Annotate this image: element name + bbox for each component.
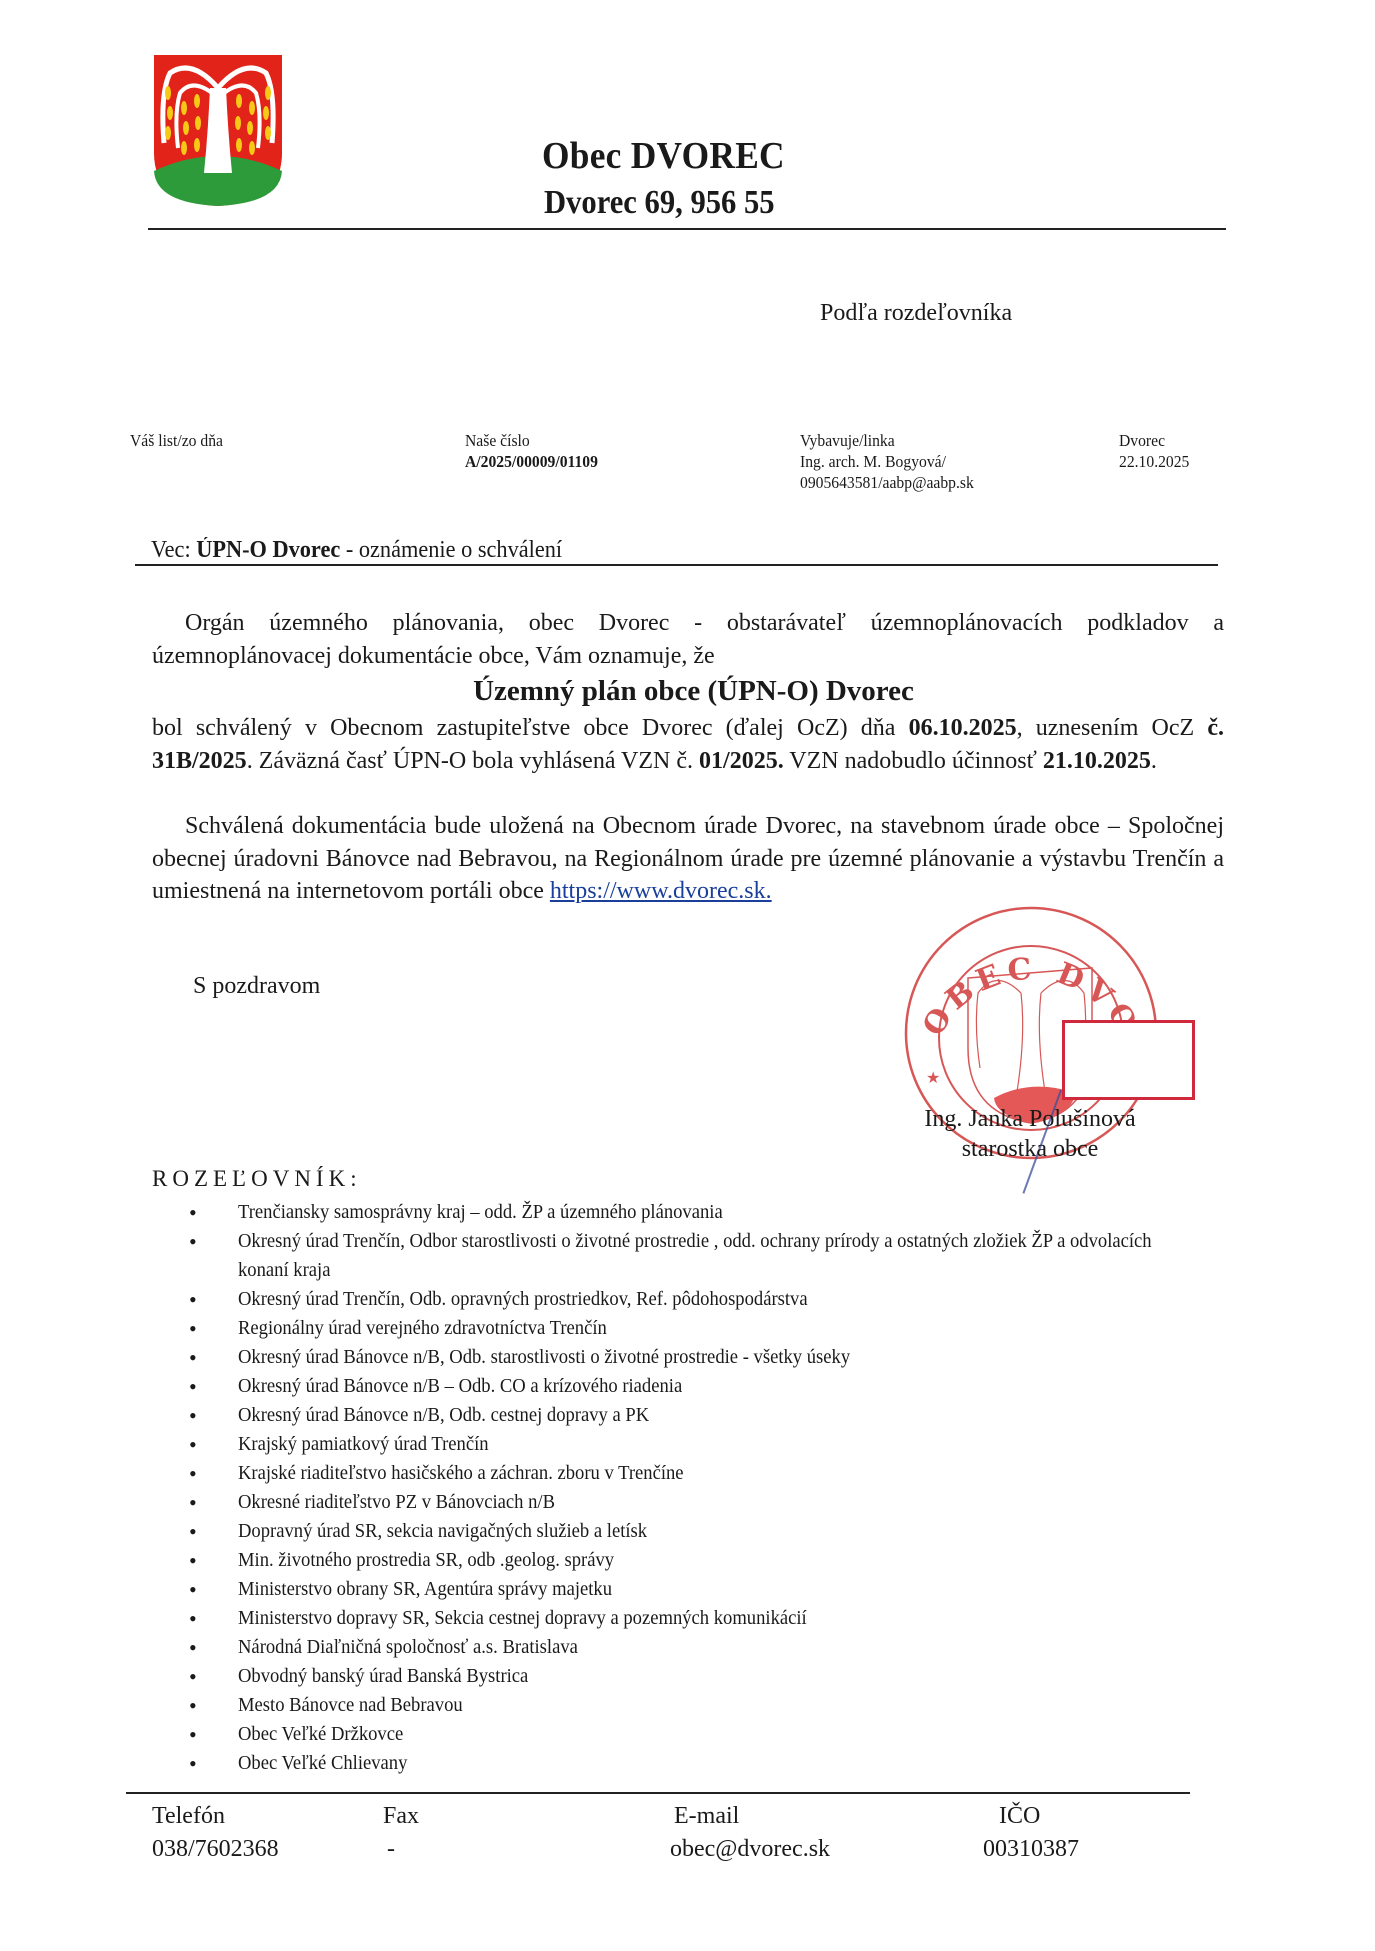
organization-address: Dvorec 69, 956 55: [544, 184, 775, 222]
signatory-title: starostka obce: [890, 1134, 1170, 1164]
ico-label: IČO: [983, 1800, 1079, 1833]
distribution-item: Dopravný úrad SR, sekcia navigačných slu…: [178, 1517, 1238, 1546]
email-label: E-mail: [670, 1800, 830, 1833]
subject-line: Vec: ÚPN-O Dvorec - oznámenie o schválen…: [151, 537, 562, 564]
distribution-item: Okresný úrad Bánovce n/B – Odb. CO a krí…: [178, 1372, 1238, 1401]
our-number: Naše číslo A/2025/00009/01109: [465, 430, 598, 472]
distribution-item-text: Okresný úrad Bánovce n/B, Odb. starostli…: [238, 1343, 850, 1372]
our-number-label: Naše číslo: [465, 430, 598, 451]
place: Dvorec: [1119, 430, 1189, 451]
distribution-list-title: ROZEĽOVNÍK:: [152, 1166, 362, 1192]
footer-phone: Telefón 038/7602368: [152, 1800, 279, 1866]
approval-date: 06.10.2025: [909, 715, 1017, 741]
distribution-item: Národná Diaľničná spoločnosť a.s. Bratis…: [178, 1633, 1238, 1662]
handled-by: Vybavuje/linka Ing. arch. M. Bogyová/ 09…: [800, 430, 974, 493]
your-letter-label: Váš list/zo dňa: [130, 430, 223, 451]
distribution-item: Obec Veľké Chlievany: [178, 1749, 1238, 1778]
vzn-number: 01/2025.: [699, 748, 784, 774]
distribution-item-text: Mesto Bánovce nad Bebravou: [238, 1691, 463, 1720]
svg-text:★: ★: [926, 1070, 940, 1087]
p2-text: bol schválený v Obecnom zastupiteľstve o…: [152, 715, 909, 741]
body-paragraph-1: Orgán územného plánovania, obec Dvorec -…: [152, 607, 1224, 672]
distribution-item: Ministerstvo dopravy SR, Sekcia cestnej …: [178, 1604, 1238, 1633]
distribution-item: Okresné riaditeľstvo PZ v Bánovciach n/B: [178, 1488, 1238, 1517]
footer-ico: IČO 00310387: [983, 1800, 1079, 1866]
fax-label: Fax: [383, 1800, 419, 1833]
website-link[interactable]: https://www.dvorec.sk.: [550, 878, 772, 904]
distribution-item: Mesto Bánovce nad Bebravou: [178, 1691, 1238, 1720]
distribution-item-text: Obec Veľké Držkovce: [238, 1720, 403, 1749]
handled-by-label: Vybavuje/linka: [800, 430, 974, 451]
distribution-item: Okresný úrad Trenčín, Odbor starostlivos…: [178, 1227, 1238, 1285]
distribution-item-text: Trenčiansky samosprávny kraj – odd. ŽP a…: [238, 1198, 723, 1227]
plan-title: Územný plán obce (ÚPN-O) Dvorec: [0, 675, 1375, 708]
header-divider: [148, 228, 1226, 230]
email-value: obec@dvorec.sk: [670, 1833, 830, 1866]
body-paragraph-2: bol schválený v Obecnom zastupiteľstve o…: [152, 712, 1224, 777]
recipient: Podľa rozdeľovníka: [820, 300, 1012, 327]
distribution-item-text: Krajský pamiatkový úrad Trenčín: [238, 1430, 489, 1459]
distribution-item-text: Obvodný banský úrad Banská Bystrica: [238, 1662, 528, 1691]
effective-date: 21.10.2025: [1043, 748, 1151, 774]
distribution-item: Okresný úrad Trenčín, Odb. opravných pro…: [178, 1285, 1238, 1314]
ico-value: 00310387: [983, 1833, 1079, 1866]
signatory: Ing. Janka Polušinová starostka obce: [890, 1104, 1170, 1164]
subject-rest: - oznámenie o schválení: [340, 537, 562, 563]
subject-prefix: Vec:: [151, 537, 196, 563]
distribution-item: Trenčiansky samosprávny kraj – odd. ŽP a…: [178, 1198, 1238, 1227]
phone-label: Telefón: [152, 1800, 279, 1833]
distribution-item-text: Krajské riaditeľstvo hasičského a záchra…: [238, 1459, 684, 1488]
date: 22.10.2025: [1119, 451, 1189, 472]
place-date: Dvorec 22.10.2025: [1119, 430, 1189, 472]
organization-name: Obec DVOREC: [542, 134, 785, 178]
distribution-item-text: Obec Veľké Chlievany: [238, 1749, 407, 1778]
p2-text: , uznesením OcZ: [1017, 715, 1208, 741]
distribution-item-text: Dopravný úrad SR, sekcia navigačných slu…: [238, 1517, 647, 1546]
distribution-item-text: Okresný úrad Bánovce n/B, Odb. cestnej d…: [238, 1401, 649, 1430]
distribution-item-text: Okresný úrad Bánovce n/B – Odb. CO a krí…: [238, 1372, 682, 1401]
distribution-item-text: Ministerstvo dopravy SR, Sekcia cestnej …: [238, 1604, 807, 1633]
p2-text: . Záväzná časť ÚPN-O bola vyhlásená VZN …: [247, 748, 699, 774]
p2-text: .: [1151, 748, 1157, 774]
distribution-item: Obvodný banský úrad Banská Bystrica: [178, 1662, 1238, 1691]
distribution-item-text: Okresný úrad Trenčín, Odbor starostlivos…: [238, 1227, 1168, 1285]
distribution-item: Obec Veľké Držkovce: [178, 1720, 1238, 1749]
distribution-item-text: Regionálny úrad verejného zdravotníctva …: [238, 1314, 607, 1343]
signatory-name: Ing. Janka Polušinová: [890, 1104, 1170, 1134]
fax-value: -: [383, 1833, 419, 1866]
distribution-item-text: Okresný úrad Trenčín, Odb. opravných pro…: [238, 1285, 808, 1314]
distribution-item-text: Min. životného prostredia SR, odb .geolo…: [238, 1546, 614, 1575]
distribution-item-text: Okresné riaditeľstvo PZ v Bánovciach n/B: [238, 1488, 555, 1517]
footer-email: E-mail obec@dvorec.sk: [670, 1800, 830, 1866]
distribution-item-text: Národná Diaľničná spoločnosť a.s. Bratis…: [238, 1633, 578, 1662]
handled-by-name: Ing. arch. M. Bogyová/: [800, 451, 974, 472]
subject-bold: ÚPN-O Dvorec: [196, 537, 340, 563]
handled-by-contact: 0905643581/aabp@aabp.sk: [800, 472, 974, 493]
footer-divider: [126, 1792, 1190, 1794]
distribution-list: Trenčiansky samosprávny kraj – odd. ŽP a…: [178, 1198, 1238, 1778]
subject-divider: [135, 564, 1218, 566]
greeting: S pozdravom: [193, 973, 320, 1000]
footer-fax: Fax -: [383, 1800, 419, 1866]
distribution-item: Krajský pamiatkový úrad Trenčín: [178, 1430, 1238, 1459]
coat-of-arms-icon: [152, 53, 284, 208]
our-number-value: A/2025/00009/01109: [465, 452, 598, 471]
body-paragraph-3: Schválená dokumentácia bude uložená na O…: [152, 810, 1224, 908]
p2-text: VZN nadobudlo účinnosť: [784, 748, 1043, 774]
phone-value: 038/7602368: [152, 1833, 279, 1866]
distribution-item: Ministerstvo obrany SR, Agentúra správy …: [178, 1575, 1238, 1604]
distribution-item: Regionálny úrad verejného zdravotníctva …: [178, 1314, 1238, 1343]
redacted-signature-box: [1062, 1020, 1195, 1100]
distribution-item: Okresný úrad Bánovce n/B, Odb. cestnej d…: [178, 1401, 1238, 1430]
distribution-item-text: Ministerstvo obrany SR, Agentúra správy …: [238, 1575, 612, 1604]
distribution-item: Krajské riaditeľstvo hasičského a záchra…: [178, 1459, 1238, 1488]
distribution-item: Okresný úrad Bánovce n/B, Odb. starostli…: [178, 1343, 1238, 1372]
distribution-item: Min. životného prostredia SR, odb .geolo…: [178, 1546, 1238, 1575]
